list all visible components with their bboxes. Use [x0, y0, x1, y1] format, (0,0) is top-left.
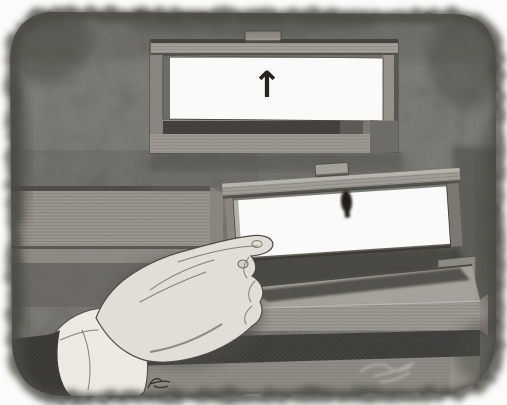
engraving-illustration: ↑	[0, 0, 507, 405]
page: ↑	[0, 0, 507, 405]
